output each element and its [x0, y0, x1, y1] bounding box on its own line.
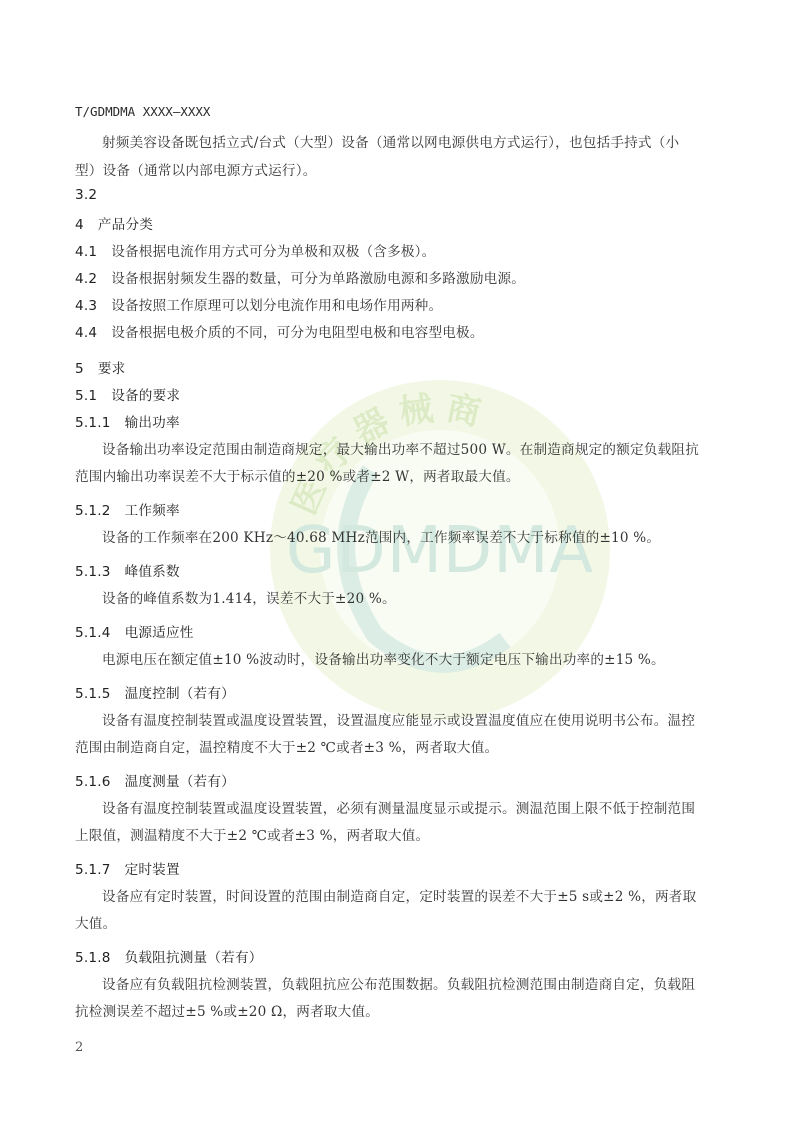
section-5-1-3-heading: 5.1.3峰值系数 — [75, 560, 180, 580]
section-number: 5.1.7 — [75, 862, 111, 878]
standard-code: T/GDMDMA XXXX—XXXX — [75, 104, 210, 119]
section-5-1-4-heading: 5.1.4电源适应性 — [75, 621, 194, 641]
section-number: 5.1.4 — [75, 625, 111, 641]
section-number: 5 — [75, 361, 84, 377]
section-5-1-2-line-1: 设备的工作频率在200 KHz～40.68 MHz范围内，工作频率误差不大于标称… — [102, 526, 660, 546]
item-number: 4.3 — [75, 298, 97, 314]
section-title: 输出功率 — [125, 415, 180, 431]
item-4-2: 4.2设备根据射频发生器的数量，可分为单路激励电源和多路激励电源。 — [75, 267, 525, 287]
section-title: 工作频率 — [125, 503, 180, 519]
section-5-1-8-line-2: 抗检测误差不超过±5 %或±20 Ω，两者取大值。 — [75, 1000, 379, 1020]
item-text: 设备根据电极介质的不同，可分为电阻型电极和电容型电极。 — [111, 325, 483, 341]
section-title: 温度测量（若有） — [125, 774, 235, 790]
section-number: 5.1.3 — [75, 564, 111, 580]
section-number: 5.1.5 — [75, 686, 111, 702]
section-5-1-6-line-1: 设备有温度控制装置或温度设置装置，必须有测量温度显示或提示。测温范围上限不低于控… — [102, 797, 695, 817]
item-number: 4.2 — [75, 271, 97, 287]
item-4-3: 4.3设备按照工作原理可以划分电流作用和电场作用两种。 — [75, 294, 442, 314]
section-number: 5.1.8 — [75, 950, 111, 966]
section-5-1-3-line-1: 设备的峰值系数为1.414，误差不大于±20 %。 — [102, 587, 396, 607]
section-5-1-heading: 5.1设备的要求 — [75, 384, 180, 404]
section-5-1-1-heading: 5.1.1输出功率 — [75, 411, 180, 431]
item-number: 4.1 — [75, 244, 97, 260]
intro-line-2: 型）设备（通常以内部电源方式运行）。 — [75, 159, 317, 179]
section-number: 5.1 — [75, 388, 97, 404]
section-5-1-5-line-2: 范围由制造商自定，温控精度不大于±2 ℃或者±3 %，两者取大值。 — [75, 736, 498, 756]
section-5-1-6-line-2: 上限值，测温精度不大于±2 ℃或者±3 %，两者取大值。 — [75, 824, 429, 844]
section-4-heading: 4产品分类 — [75, 213, 153, 233]
section-5-1-8-heading: 5.1.8负载阻抗测量（若有） — [75, 946, 263, 966]
intro-line-1: 射频美容设备既包括立式/台式（大型）设备（通常以网电源供电方式运行），也包括手持… — [102, 131, 679, 151]
section-5-1-1-line-2: 范围内输出功率误差不大于标示值的±20 %或者±2 W，两者取最大值。 — [75, 465, 520, 485]
item-text: 设备根据电流作用方式可分为单极和双极（含多极）。 — [111, 244, 435, 260]
section-3-2-number: 3.2 — [75, 187, 97, 203]
section-5-1-7-line-2: 大值。 — [75, 912, 116, 932]
section-title: 电源适应性 — [125, 625, 194, 641]
section-5-1-8-line-1: 设备应有负载阻抗检测装置，负载阻抗应公布范围数据。负载阻抗检测范围由制造商自定，… — [102, 973, 695, 993]
section-5-1-5-heading: 5.1.5温度控制（若有） — [75, 682, 235, 702]
section-5-1-6-heading: 5.1.6温度测量（若有） — [75, 770, 235, 790]
item-text: 设备按照工作原理可以划分电流作用和电场作用两种。 — [111, 298, 442, 314]
item-4-4: 4.4设备根据电极介质的不同，可分为电阻型电极和电容型电极。 — [75, 321, 484, 341]
section-title: 温度控制（若有） — [125, 686, 235, 702]
section-5-1-5-line-1: 设备有温度控制装置或温度设置装置，设置温度应能显示或设置温度值应在使用说明书公布… — [102, 709, 695, 729]
section-title: 产品分类 — [98, 217, 153, 233]
section-title: 定时装置 — [125, 862, 180, 878]
section-5-1-1-line-1: 设备输出功率设定范围由制造商规定，最大输出功率不超过500 W。在制造商规定的额… — [102, 438, 699, 458]
section-title: 峰值系数 — [125, 564, 180, 580]
document-page: T/GDMDMA XXXX—XXXX 射频美容设备既包括立式/台式（大型）设备（… — [0, 0, 800, 1131]
section-5-1-2-heading: 5.1.2工作频率 — [75, 499, 180, 519]
item-4-1: 4.1设备根据电流作用方式可分为单极和双极（含多极）。 — [75, 240, 435, 260]
section-number: 5.1.2 — [75, 503, 111, 519]
section-number: 5.1.1 — [75, 415, 111, 431]
section-title: 设备的要求 — [111, 388, 180, 404]
section-number: 5.1.6 — [75, 774, 111, 790]
item-number: 4.4 — [75, 325, 97, 341]
section-5-1-7-line-1: 设备应有定时装置，时间设置的范围由制造商自定，定时装置的误差不大于±5 s或±2… — [102, 885, 696, 905]
section-title: 负载阻抗测量（若有） — [125, 950, 263, 966]
section-5-1-4-line-1: 电源电压在额定值±10 %波动时，设备输出功率变化不大于额定电压下输出功率的±1… — [102, 648, 665, 668]
section-5-1-7-heading: 5.1.7定时装置 — [75, 858, 180, 878]
section-title: 要求 — [98, 361, 126, 377]
section-number: 4 — [75, 217, 84, 233]
section-5-heading: 5要求 — [75, 357, 125, 377]
item-text: 设备根据射频发生器的数量，可分为单路激励电源和多路激励电源。 — [111, 271, 525, 287]
page-number: 2 — [75, 1040, 83, 1055]
